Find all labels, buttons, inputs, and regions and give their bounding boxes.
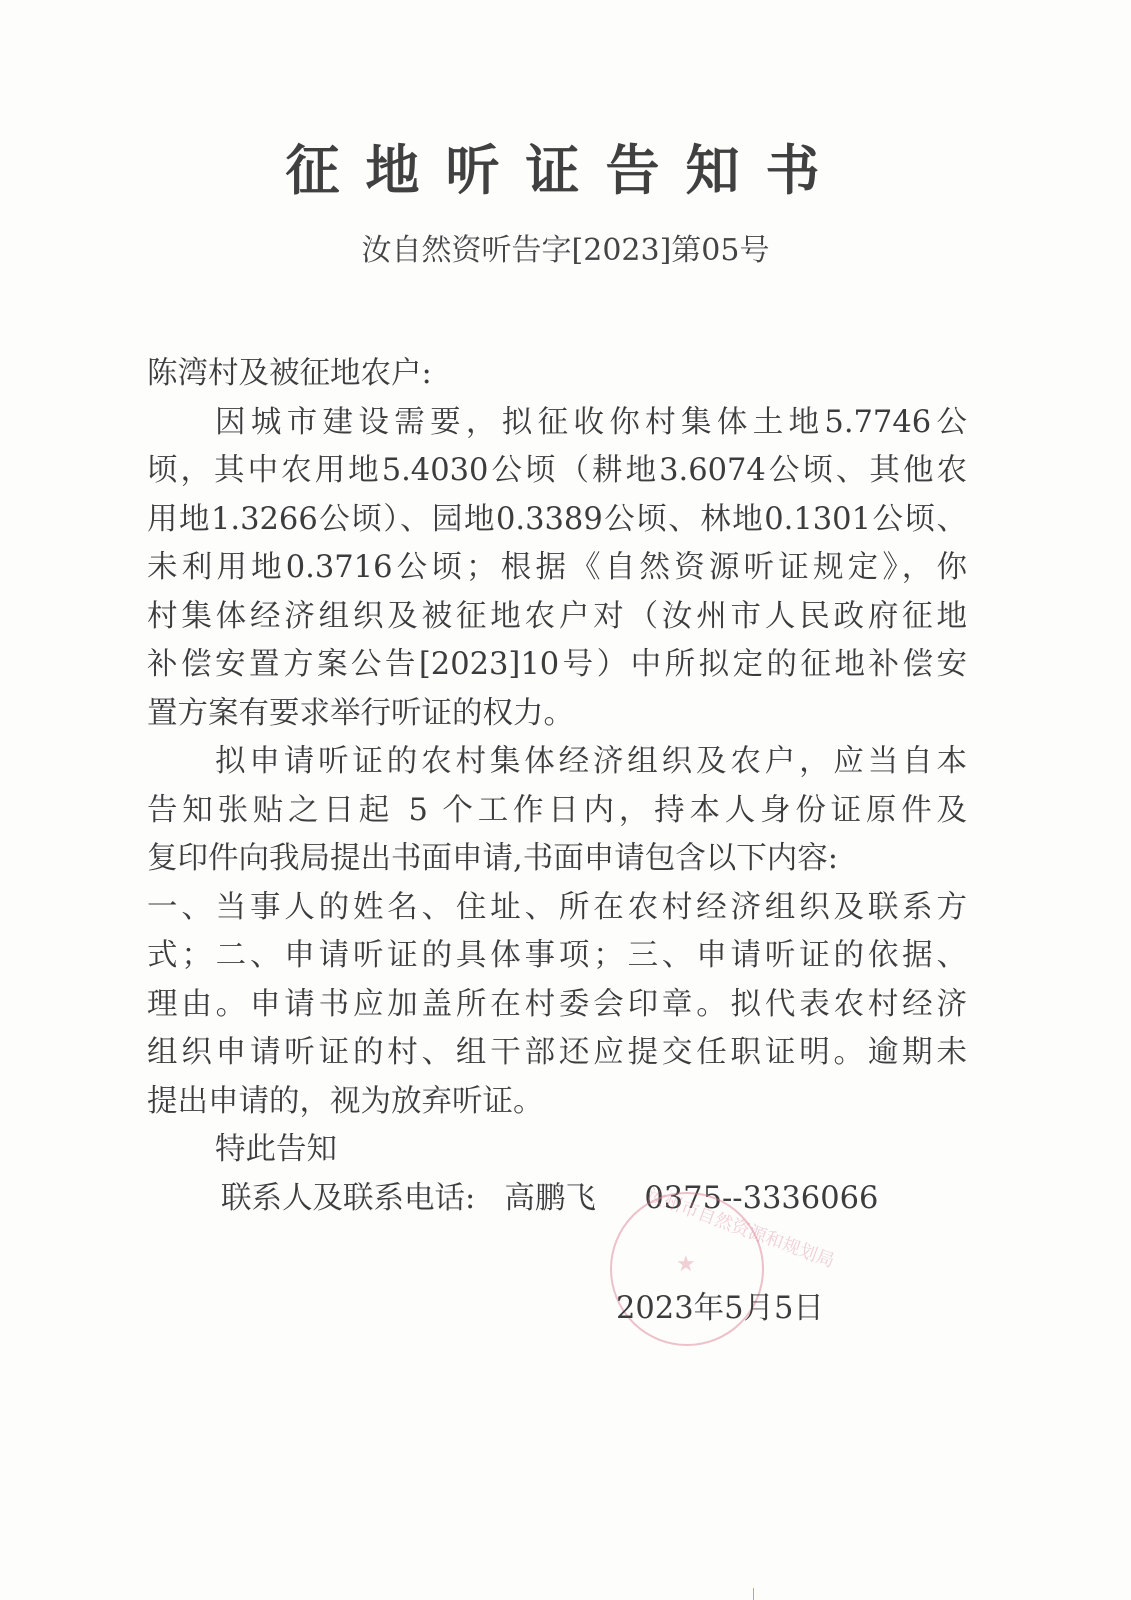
paragraph-line: 告知张贴之日起 5 个工作日内，持本人身份证原件及 xyxy=(147,787,967,836)
paragraph-line: 补偿安置方案公告[2023]10号）中所拟定的征地补偿安 xyxy=(147,641,967,690)
paragraph-line: 村集体经济组织及被征地农户对（汝州市人民政府征地 xyxy=(147,593,967,642)
scan-mark xyxy=(753,1588,754,1600)
paragraph-line: 一、当事人的姓名、住址、所在农村经济组织及联系方 xyxy=(147,884,967,933)
paragraph-application-instructions: 拟申请听证的农村集体经济组织及农户，应当自本 告知张贴之日起 5 个工作日内，持… xyxy=(147,738,967,1126)
closing-statement: 特此告知 xyxy=(147,1126,967,1175)
document-body: 陈湾村及被征地农户: 因城市建设需要，拟征收你村集体土地5.7746公 顷，其中… xyxy=(147,350,967,1223)
paragraph-line: 提出申请的，视为放弃听证。 xyxy=(147,1078,967,1127)
paragraph-line: 式；二、申请听证的具体事项；三、申请听证的依据、 xyxy=(147,932,967,981)
paragraph-line: 用地1.3266公顷）、园地0.3389公顷、林地0.1301公顷、 xyxy=(147,496,967,545)
paragraph-line: 置方案有要求举行听证的权力。 xyxy=(147,690,967,739)
document-title: 征地听证告知书 xyxy=(0,143,1131,197)
contact-label: 联系人及联系电话: xyxy=(221,1181,475,1216)
salutation: 陈湾村及被征地农户: xyxy=(147,350,967,399)
paragraph-line: 复印件向我局提出书面申请,书面申请包含以下内容: xyxy=(147,835,967,884)
paragraph-line: 顷，其中农用地5.4030公顷（耕地3.6074公顷、其他农 xyxy=(147,447,967,496)
paragraph-line: 因城市建设需要，拟征收你村集体土地5.7746公 xyxy=(147,399,967,448)
contact-info: 联系人及联系电话: 高鹏飞 0375--3336066 xyxy=(147,1175,967,1224)
paragraph-line: 理由。申请书应加盖所在村委会印章。拟代表农村经济 xyxy=(147,981,967,1030)
seal-star-icon: ★ xyxy=(676,1252,696,1277)
document-date: 2023年5月5日 xyxy=(616,1283,824,1327)
document-number: 汝自然资听告字[2023]第05号 xyxy=(0,236,1131,266)
paragraph-land-acquisition: 因城市建设需要，拟征收你村集体土地5.7746公 顷，其中农用地5.4030公顷… xyxy=(147,399,967,739)
paragraph-line: 未利用地0.3716公顷；根据《自然资源听证规定》，你 xyxy=(147,544,967,593)
paragraph-line: 组织申请听证的村、组干部还应提交任职证明。逾期未 xyxy=(147,1029,967,1078)
paragraph-line: 拟申请听证的农村集体经济组织及农户，应当自本 xyxy=(147,738,967,787)
contact-name: 高鹏飞 xyxy=(504,1181,596,1216)
